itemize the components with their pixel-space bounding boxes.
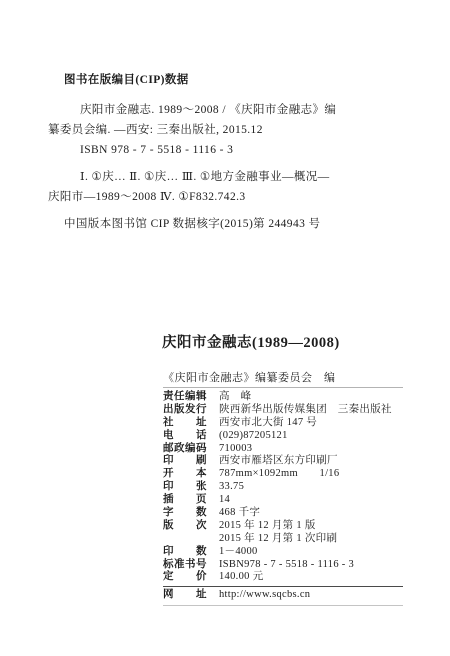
colophon-value: 2015 年 12 月第 1 次印刷 bbox=[219, 533, 337, 546]
cip-line: ISBN 978 - 7 - 5518 - 1116 - 3 bbox=[80, 140, 408, 160]
colophon-row: 定 价 140.00 元 bbox=[163, 571, 403, 584]
colophon-row: 2015 年 12 月第 1 次印刷 bbox=[163, 533, 403, 546]
cip-heading: 图书在版编目(CIP)数据 bbox=[64, 70, 408, 90]
cip-line: 庆阳市—1989～2008 Ⅳ. ①F832.742.3 bbox=[48, 187, 408, 207]
colophon-label: 版 次 bbox=[163, 520, 209, 533]
colophon-row: 印 张 33.75 bbox=[163, 481, 403, 494]
colophon-row: 电 话 (029)87205121 bbox=[163, 430, 403, 443]
colophon-table: 责任编辑 高 峰 出版发行 陕西新华出版传媒集团 三秦出版社 社 址 西安市北大… bbox=[163, 387, 403, 606]
colophon-label: 印 刷 bbox=[163, 455, 209, 468]
book-title: 庆阳市金融志(1989—2008) bbox=[162, 331, 340, 352]
cip-line: Ⅰ. ①庆… Ⅱ. ①庆… Ⅲ. ①地方金融事业—概况— bbox=[80, 167, 408, 187]
editor-byline: 《庆阳市金融志》编纂委员会 编 bbox=[163, 369, 336, 385]
colophon-label: 邮政编码 bbox=[163, 443, 209, 456]
colophon-label: 标准书号 bbox=[163, 559, 209, 572]
colophon-label: 电 话 bbox=[163, 430, 209, 443]
cip-line: 纂委员会编. —西安: 三秦出版社, 2015.12 bbox=[48, 120, 408, 140]
colophon-value: 710003 bbox=[219, 443, 252, 456]
colophon-value: 高 峰 bbox=[219, 391, 251, 404]
colophon-value: 787mm×1092mm 1/16 bbox=[219, 468, 339, 481]
colophon-row: 开 本 787mm×1092mm 1/16 bbox=[163, 468, 403, 481]
colophon-value: 陕西新华出版传媒集团 三秦出版社 bbox=[219, 404, 392, 417]
colophon-value: 14 bbox=[219, 494, 230, 507]
colophon-row: 责任编辑 高 峰 bbox=[163, 391, 403, 404]
colophon-label: 印 数 bbox=[163, 546, 209, 559]
colophon-label: 插 页 bbox=[163, 494, 209, 507]
copyright-page: 图书在版编目(CIP)数据 庆阳市金融志. 1989～2008 / 《庆阳市金融… bbox=[0, 0, 450, 656]
cip-record-number: 中国版本图书馆 CIP 数据核字(2015)第 244943 号 bbox=[64, 214, 408, 234]
colophon-value: 2015 年 12 月第 1 版 bbox=[219, 520, 316, 533]
colophon-label: 出版发行 bbox=[163, 404, 209, 417]
colophon-row: 字 数 468 千字 bbox=[163, 507, 403, 520]
colophon-label: 印 张 bbox=[163, 481, 209, 494]
cip-block: 图书在版编目(CIP)数据 庆阳市金融志. 1989～2008 / 《庆阳市金融… bbox=[48, 70, 408, 234]
colophon-row: 标准书号 ISBN978 - 7 - 5518 - 1116 - 3 bbox=[163, 559, 403, 572]
colophon-row-website: 网 址 http://www.sqcbs.cn bbox=[163, 589, 403, 602]
colophon-value: 33.75 bbox=[219, 481, 244, 494]
colophon-row: 邮政编码 710003 bbox=[163, 443, 403, 456]
colophon-value: 1－4000 bbox=[219, 546, 258, 559]
colophon-value: 140.00 元 bbox=[219, 571, 263, 584]
price-divider bbox=[163, 586, 403, 587]
colophon-row: 印 刷 西安市雁塔区东方印刷厂 bbox=[163, 455, 403, 468]
colophon-value: 468 千字 bbox=[219, 507, 260, 520]
colophon-label: 定 价 bbox=[163, 571, 209, 584]
colophon-row: 版 次 2015 年 12 月第 1 版 bbox=[163, 520, 403, 533]
colophon-value: ISBN978 - 7 - 5518 - 1116 - 3 bbox=[219, 559, 354, 572]
bottom-divider bbox=[163, 605, 403, 606]
colophon-row: 出版发行 陕西新华出版传媒集团 三秦出版社 bbox=[163, 404, 403, 417]
colophon-row: 社 址 西安市北大街 147 号 bbox=[163, 417, 403, 430]
colophon-label: 社 址 bbox=[163, 417, 209, 430]
top-divider bbox=[163, 387, 403, 388]
colophon-label: 开 本 bbox=[163, 468, 209, 481]
website-url: http://www.sqcbs.cn bbox=[219, 589, 310, 602]
colophon-value: 西安市北大街 147 号 bbox=[219, 417, 317, 430]
colophon-row: 插 页 14 bbox=[163, 494, 403, 507]
colophon-label: 责任编辑 bbox=[163, 391, 209, 404]
colophon-label: 字 数 bbox=[163, 507, 209, 520]
colophon-value: 西安市雁塔区东方印刷厂 bbox=[219, 455, 338, 468]
cip-line: 庆阳市金融志. 1989～2008 / 《庆阳市金融志》编 bbox=[80, 100, 408, 120]
colophon-label: 网 址 bbox=[163, 589, 209, 602]
colophon-row: 印 数 1－4000 bbox=[163, 546, 403, 559]
colophon-value: (029)87205121 bbox=[219, 430, 288, 443]
